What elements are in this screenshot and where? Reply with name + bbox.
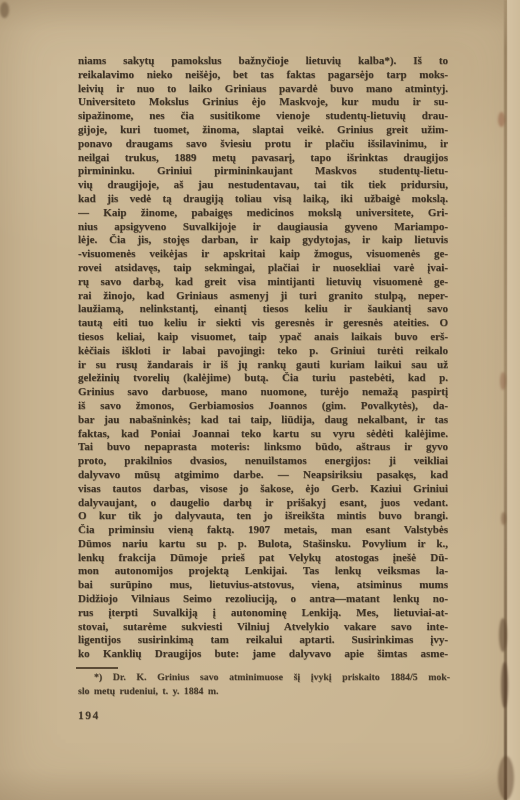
text-line: dalyvaujant, o daugelio darbų ir prišaky… — [78, 497, 448, 511]
paper-stain — [501, 512, 506, 525]
text-line: ligentijos susirinkimą tam reikalui apta… — [78, 634, 448, 648]
text-line: lėje. Čia jis, stojęs darban, ir kaip gy… — [78, 234, 448, 248]
paper-stain — [500, 372, 506, 390]
text-line: — Kaip žinome, pabaigęs medicinos mokslą… — [78, 207, 448, 221]
paper-stain — [0, 2, 9, 18]
footnote: *) Dr. K. Grinius savo atminimuose šį įv… — [78, 671, 450, 698]
paper-stain — [498, 112, 505, 127]
text-line: dalyvavo mūsų atgimimo darbe. — Neapsiri… — [78, 469, 448, 483]
text-line: vių draugijoje, aš jau nestudentavau, ta… — [78, 179, 448, 193]
text-line: rų savo darbą, kad greit visa mintijanti… — [78, 276, 448, 290]
text-line: O kur tik jo dalyvauta, ten jo išreikšta… — [78, 510, 448, 524]
text-line: -visuomenės veikėjas ir apskritai kaip ž… — [78, 248, 448, 262]
footnote-line: slo metų rudeniui, t. y. 1884 m. — [78, 685, 450, 699]
text-line: leivių ir nuo to laiko Griniaus pavardė … — [78, 83, 448, 97]
text-line: ko Kanklių Draugijos bute: jame dalyvavo… — [78, 648, 448, 662]
book-page: niams sakytų pamokslus bažnyčioje lietuv… — [0, 0, 520, 800]
text-line: Grinius savo darbuose, mano nuomone, tur… — [78, 386, 448, 400]
text-line: Didžiojo Vilniaus Seimo rezoliuciją, o a… — [78, 593, 448, 607]
text-line: bai surūpino mus, lietuvius-atstovus, vi… — [78, 579, 448, 593]
text-line: niams sakytų pamokslus bažnyčioje lietuv… — [78, 55, 448, 69]
text-line: gijoje, kuri tuomet, žinoma, slaptai vei… — [78, 124, 448, 138]
text-line: kad jis vedė tą draugiją toliau visą lai… — [78, 193, 448, 207]
text-line: sipažinome, nes čia susitikome vienoje s… — [78, 110, 448, 124]
text-line: faktas, kad Poniai Joannai teko kartu su… — [78, 428, 448, 442]
text-line: proto, prakilnios dvasios, nenuilstamos … — [78, 455, 448, 469]
footnote-line: *) Dr. K. Grinius savo atminimuose šį įv… — [78, 671, 450, 685]
text-line: pirmininku. Griniui pirmininkaujant Mask… — [78, 165, 448, 179]
text-line: tiesos keliai, kaip visuomet, taip ypač … — [78, 331, 448, 345]
text-line: rai žinojo, kad Griniaus asmenyj ji turi… — [78, 290, 448, 304]
text-line: bar jau nabašninkės; kad tai taip, liūdi… — [78, 414, 448, 428]
text-line: Čia priminsiu vieną faktą. 1907 metais, … — [78, 524, 448, 538]
paper-stain — [501, 662, 508, 708]
text-line: tautą eiti tuo keliu ir siekti vis geres… — [78, 317, 448, 331]
text-line: laužiamą, nelinkstantį, einantį tiesos k… — [78, 303, 448, 317]
text-line: rus įterpti Suvalkiją į autonominę Lenki… — [78, 607, 448, 621]
text-line: Universiteto Mokslus Grinius ėjo Maskvoj… — [78, 96, 448, 110]
paper-stain — [498, 756, 514, 800]
text-line: geležinių tvorelių (kalėjime) butą. Čia … — [78, 372, 448, 386]
text-line: mon autonomijos projektą Lenkijai. Tas l… — [78, 565, 448, 579]
text-line: Tai buvo nepaprasta moteris: linksmo būd… — [78, 441, 448, 455]
text-line: ir su rusų žandarais ir iš jų rankų gaut… — [78, 359, 448, 373]
text-line: kėčiais iškloti ir labai pavojingi: teko… — [78, 345, 448, 359]
text-line: Dūmos nariu kartu su p. p. Bulota, Staši… — [78, 538, 448, 552]
page-number: 194 — [78, 710, 100, 722]
text-line: reikalavimo nieko neišėjo, bet tas fakta… — [78, 69, 448, 83]
text-line: lenkų frakcija Dūmoje prieš pat Velykų a… — [78, 552, 448, 566]
text-line: neilgai trukus, 1889 metų pavasarį, tapo… — [78, 152, 448, 166]
footnote-rule — [76, 667, 118, 669]
paper-stain — [499, 618, 507, 652]
text-line: ponavo draugams savo šviesiu protu ir pl… — [78, 138, 448, 152]
text-line: iš savo žmonos, Gerbiamosios Joannos (gi… — [78, 400, 448, 414]
text-line: rovei atsidavęs, taip sekmingai, plačiai… — [78, 262, 448, 276]
text-line: nius apsigyveno Suvalkijoje ir daugiausi… — [78, 221, 448, 235]
text-line: visas tautos darbas, visose jo šakose, ė… — [78, 483, 448, 497]
page-edge-strip — [507, 0, 520, 800]
text-line: stovai, sutarėme sukviesti Vilniuj Atvel… — [78, 621, 448, 635]
body-text: niams sakytų pamokslus bažnyčioje lietuv… — [78, 55, 448, 662]
